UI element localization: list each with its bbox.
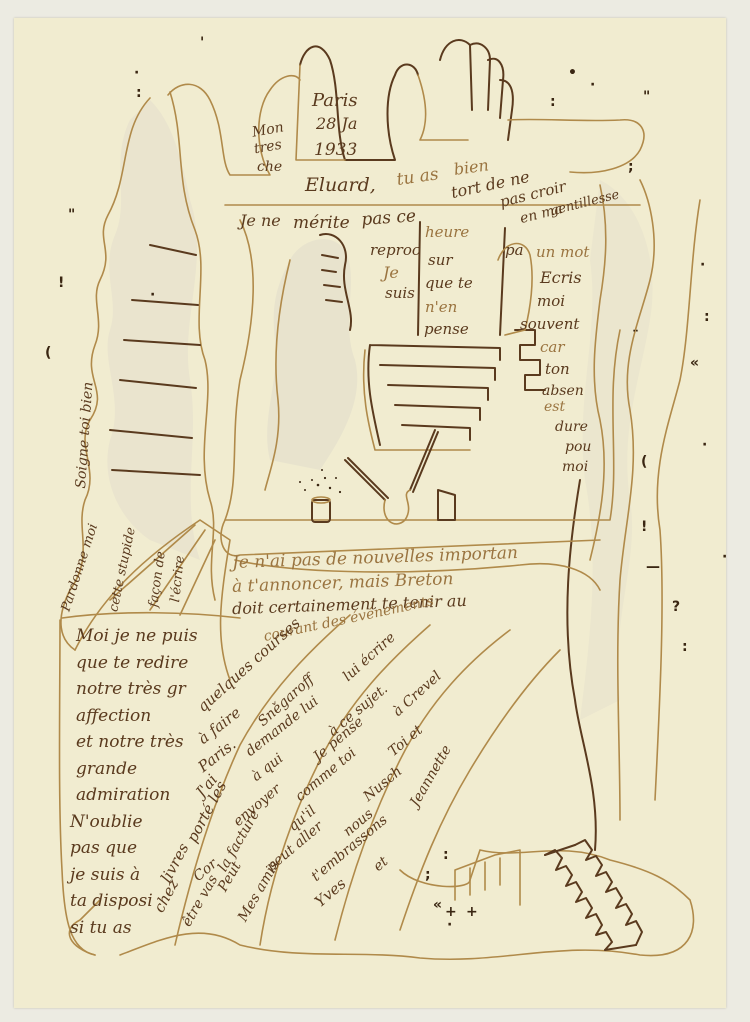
letter-word: souvent — [520, 317, 579, 332]
punctuation-mark: · — [700, 258, 705, 272]
left-column-line: N'oublie — [70, 814, 143, 831]
letter-word: Je ne — [240, 213, 281, 229]
left-column-line: si tu as — [70, 920, 132, 937]
letter-word: pense — [424, 322, 469, 337]
left-column-line: et notre très — [76, 734, 184, 751]
letter-word: ton — [545, 362, 570, 377]
letter-word: n'en — [425, 300, 457, 315]
punctuation-mark: " — [68, 208, 75, 222]
small-books — [455, 850, 520, 905]
punctuation-mark: : — [704, 310, 710, 324]
punctuation-mark: · — [150, 288, 155, 302]
accordion-object — [545, 840, 642, 950]
punctuation-mark: · — [702, 438, 707, 452]
punctuation-mark: + — [445, 905, 457, 919]
punctuation-mark: ! — [641, 520, 647, 534]
punctuation-mark: + — [466, 905, 478, 919]
letter-word: que te — [425, 276, 473, 291]
left-column-line: notre très gr — [76, 681, 186, 698]
top-scroll-stack — [440, 40, 513, 140]
paint-brush-right — [410, 430, 438, 492]
punctuation-mark: : — [136, 86, 142, 100]
punctuation-mark: · — [590, 78, 595, 92]
letter-word: sur — [428, 253, 453, 268]
punctuation-mark: « — [433, 898, 442, 912]
date-place: Paris — [312, 92, 358, 110]
punctuation-mark: ; — [425, 868, 431, 882]
salutation-cher: che — [257, 160, 282, 174]
letter-word: mérite — [293, 215, 350, 232]
punctuation-mark: « — [690, 356, 699, 370]
letter-word: absen — [542, 384, 584, 398]
punctuation-mark: : — [682, 640, 688, 654]
left-column-line: Moi je ne puis — [76, 628, 198, 645]
letter-word: Je — [383, 265, 399, 281]
letter-word: car — [540, 340, 565, 355]
punctuation-mark: ¨ — [632, 330, 639, 344]
letter-word: suis — [385, 286, 415, 301]
letter-word: Ecris — [540, 270, 582, 286]
punctuation-mark: ' — [200, 36, 204, 50]
date-year: 1933 — [314, 142, 357, 159]
punctuation-mark: ( — [641, 455, 647, 469]
left-column-line: admiration — [76, 787, 170, 804]
punctuation-mark: · — [722, 550, 727, 564]
punctuation-mark: ? — [672, 600, 680, 614]
paint-brush-left — [345, 458, 388, 500]
left-column-line: grande — [76, 761, 137, 778]
left-column-line: ta disposi — [70, 893, 153, 910]
letter-word: moi — [537, 294, 565, 309]
letter-word: dure — [555, 420, 588, 434]
salutation-name: Eluard, — [305, 176, 376, 195]
punctuation-mark: : — [550, 95, 556, 109]
left-column-line: pas que — [70, 840, 137, 857]
punctuation-mark: • — [568, 66, 577, 80]
punctuation-mark: — — [646, 560, 660, 574]
letter-word: un mot — [536, 245, 589, 260]
letter-word: est — [544, 400, 565, 414]
punctuation-mark: ; — [628, 160, 634, 174]
punctuation-mark: · — [447, 918, 452, 932]
letter-word: reproc — [370, 243, 420, 258]
letter-word: pou — [565, 440, 591, 454]
punctuation-mark: ! — [58, 276, 64, 290]
splatter-dots — [299, 469, 341, 493]
punctuation-mark: : — [443, 848, 449, 862]
punctuation-mark: ( — [45, 346, 51, 360]
punctuation-mark: " — [643, 90, 650, 104]
letter-word: pas ce — [361, 208, 417, 229]
letter-word: heure — [425, 225, 469, 240]
date-day-month: 28 Ja — [316, 116, 357, 132]
left-column-line: je suis à — [70, 867, 140, 884]
punctuation-mark: · — [134, 66, 139, 80]
letter-word: pa — [505, 243, 524, 258]
left-column-line: affection — [76, 708, 151, 725]
left-column-line: que te redire — [76, 655, 188, 672]
letter-word: moi — [562, 460, 588, 474]
